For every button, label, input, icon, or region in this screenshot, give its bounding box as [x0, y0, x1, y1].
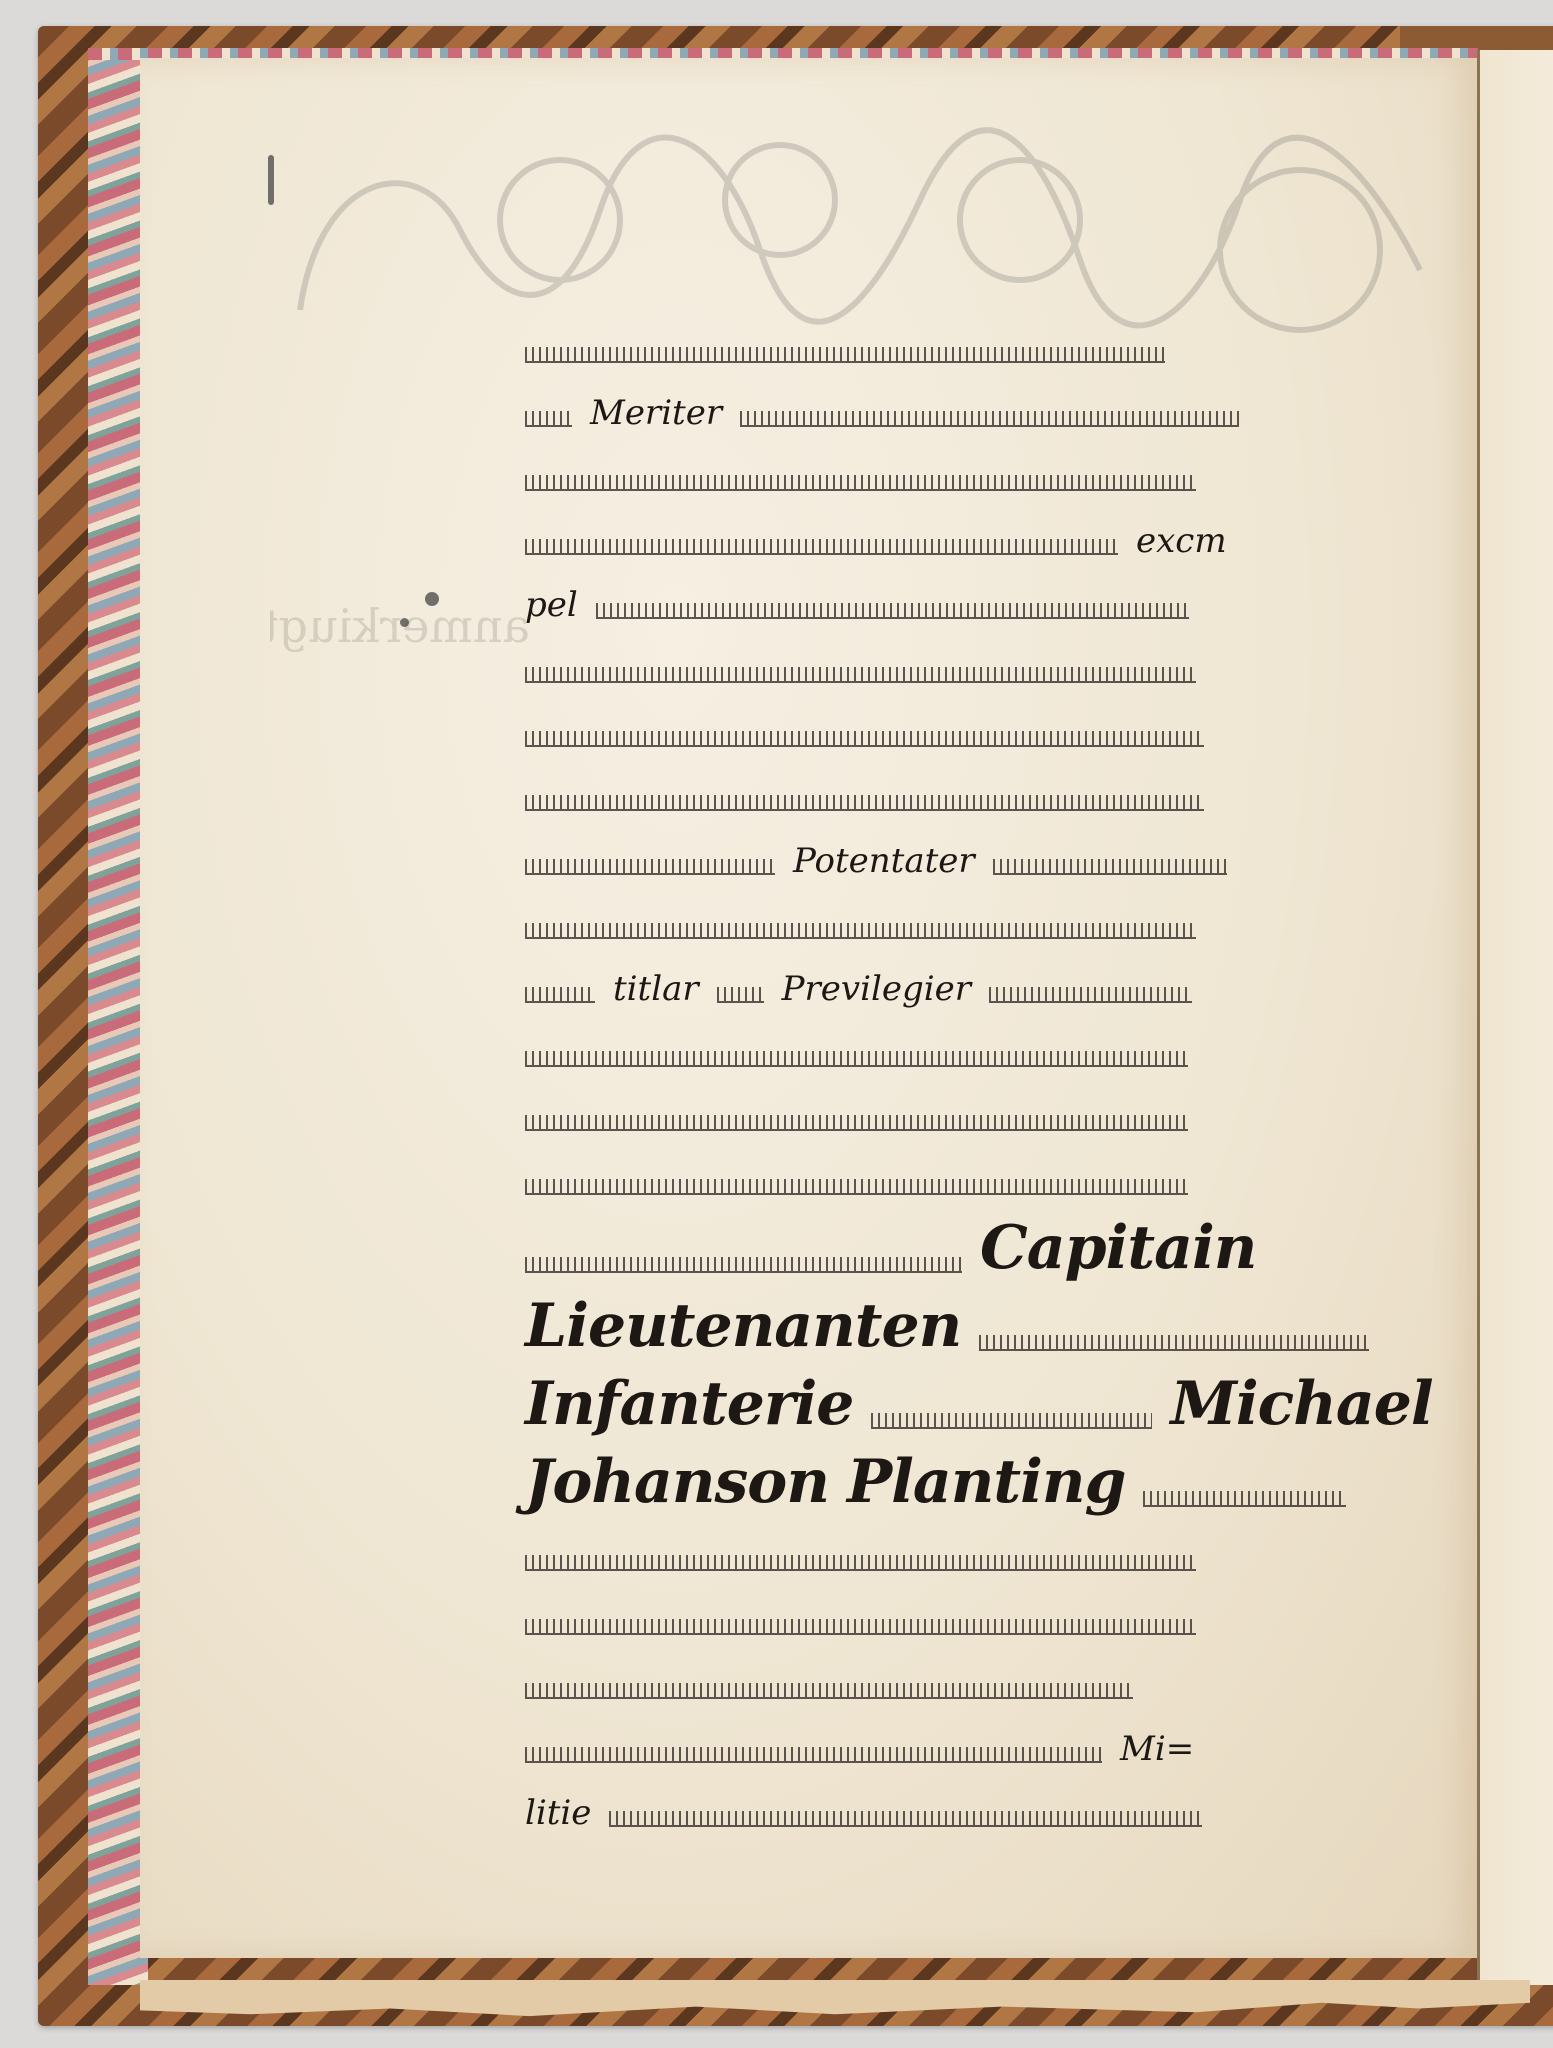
- latin-script-word: Previlegier: [782, 969, 971, 1009]
- cursive-script-segment: [1143, 1491, 1346, 1507]
- manuscript-line: [525, 305, 1445, 369]
- manuscript-line: [525, 625, 1445, 689]
- cursive-script-segment: [525, 667, 1196, 683]
- cursive-script-segment: [525, 1051, 1188, 1067]
- latin-script-word: litie: [525, 1793, 591, 1833]
- cursive-script-segment: [525, 1179, 1188, 1195]
- manuscript-line: [525, 1641, 1445, 1705]
- cursive-script-segment: [525, 1555, 1196, 1571]
- latin-script-word: Michael: [1170, 1373, 1432, 1435]
- cursive-script-segment: [979, 1335, 1369, 1351]
- handwritten-text-body: MeriterexcmpelPotentatertitlarPrevilegie…: [525, 305, 1445, 1833]
- facing-page-edge: [1480, 50, 1553, 1985]
- manuscript-line: InfanterieMichael: [525, 1357, 1445, 1435]
- cursive-script-segment: [525, 475, 1196, 491]
- ink-spot: [400, 618, 409, 627]
- cursive-script-segment: [871, 1413, 1152, 1429]
- manuscript-line: [525, 689, 1445, 753]
- manuscript-line: [525, 753, 1445, 817]
- latin-script-word: Meriter: [590, 393, 722, 433]
- latin-script-word: Infanterie: [525, 1373, 853, 1435]
- cursive-script-segment: [740, 411, 1239, 427]
- manuscript-line: Capitain: [525, 1201, 1445, 1279]
- cursive-script-segment: [717, 987, 764, 1003]
- cursive-script-segment: [525, 1257, 962, 1273]
- latin-script-word: Lieutenanten: [525, 1295, 961, 1357]
- latin-script-word: excm: [1136, 521, 1227, 561]
- manuscript-line: [525, 1073, 1445, 1137]
- latin-script-word: Potentater: [793, 841, 975, 881]
- manuscript-line: JohansonPlanting: [525, 1435, 1445, 1513]
- cursive-script-segment: [525, 859, 775, 875]
- manuscript-line: [525, 1137, 1445, 1201]
- manuscript-line: [525, 1577, 1445, 1641]
- manuscript-line: titlarPrevilegier: [525, 945, 1445, 1009]
- manuscript-line: litie: [525, 1769, 1445, 1833]
- book-gutter: [1477, 50, 1480, 1980]
- cursive-script-segment: [993, 859, 1227, 875]
- cursive-script-segment: [525, 411, 572, 427]
- cursive-script-segment: [525, 1619, 1196, 1635]
- manuscript-line: [525, 433, 1445, 497]
- cursive-script-segment: [525, 731, 1204, 747]
- ink-spot: [268, 155, 274, 205]
- latin-script-word: Capitain: [980, 1217, 1256, 1279]
- latin-script-word: Mi=: [1120, 1729, 1194, 1769]
- cursive-script-segment: [525, 1115, 1188, 1131]
- latin-script-word: Planting: [847, 1451, 1126, 1513]
- cursive-script-segment: [609, 1811, 1202, 1827]
- manuscript-line: [525, 1009, 1445, 1073]
- cursive-script-segment: [525, 1683, 1133, 1699]
- cursive-script-segment: [525, 923, 1196, 939]
- cursive-script-segment: [525, 539, 1118, 555]
- manuscript-line: excm: [525, 497, 1445, 561]
- cursive-script-segment: [525, 987, 595, 1003]
- manuscript-line: Potentater: [525, 817, 1445, 881]
- cursive-script-segment: [525, 347, 1165, 363]
- cursive-script-segment: [525, 1747, 1102, 1763]
- manuscript-line: [525, 1513, 1445, 1577]
- manuscript-line: pel: [525, 561, 1445, 625]
- cursive-script-segment: [525, 795, 1204, 811]
- manuscript-line: Mi=: [525, 1705, 1445, 1769]
- show-through-text: anmerkiugt: [270, 600, 530, 1120]
- latin-script-word: pel: [525, 585, 578, 625]
- manuscript-line: Lieutenanten: [525, 1279, 1445, 1357]
- manuscript-line: Meriter: [525, 369, 1445, 433]
- latin-script-word: titlar: [613, 969, 699, 1009]
- cursive-script-segment: [596, 603, 1189, 619]
- latin-script-word: Johanson: [525, 1451, 829, 1513]
- cursive-script-segment: [989, 987, 1192, 1003]
- ink-spot: [425, 592, 439, 606]
- manuscript-line: [525, 881, 1445, 945]
- marbled-endpaper: [88, 50, 148, 1985]
